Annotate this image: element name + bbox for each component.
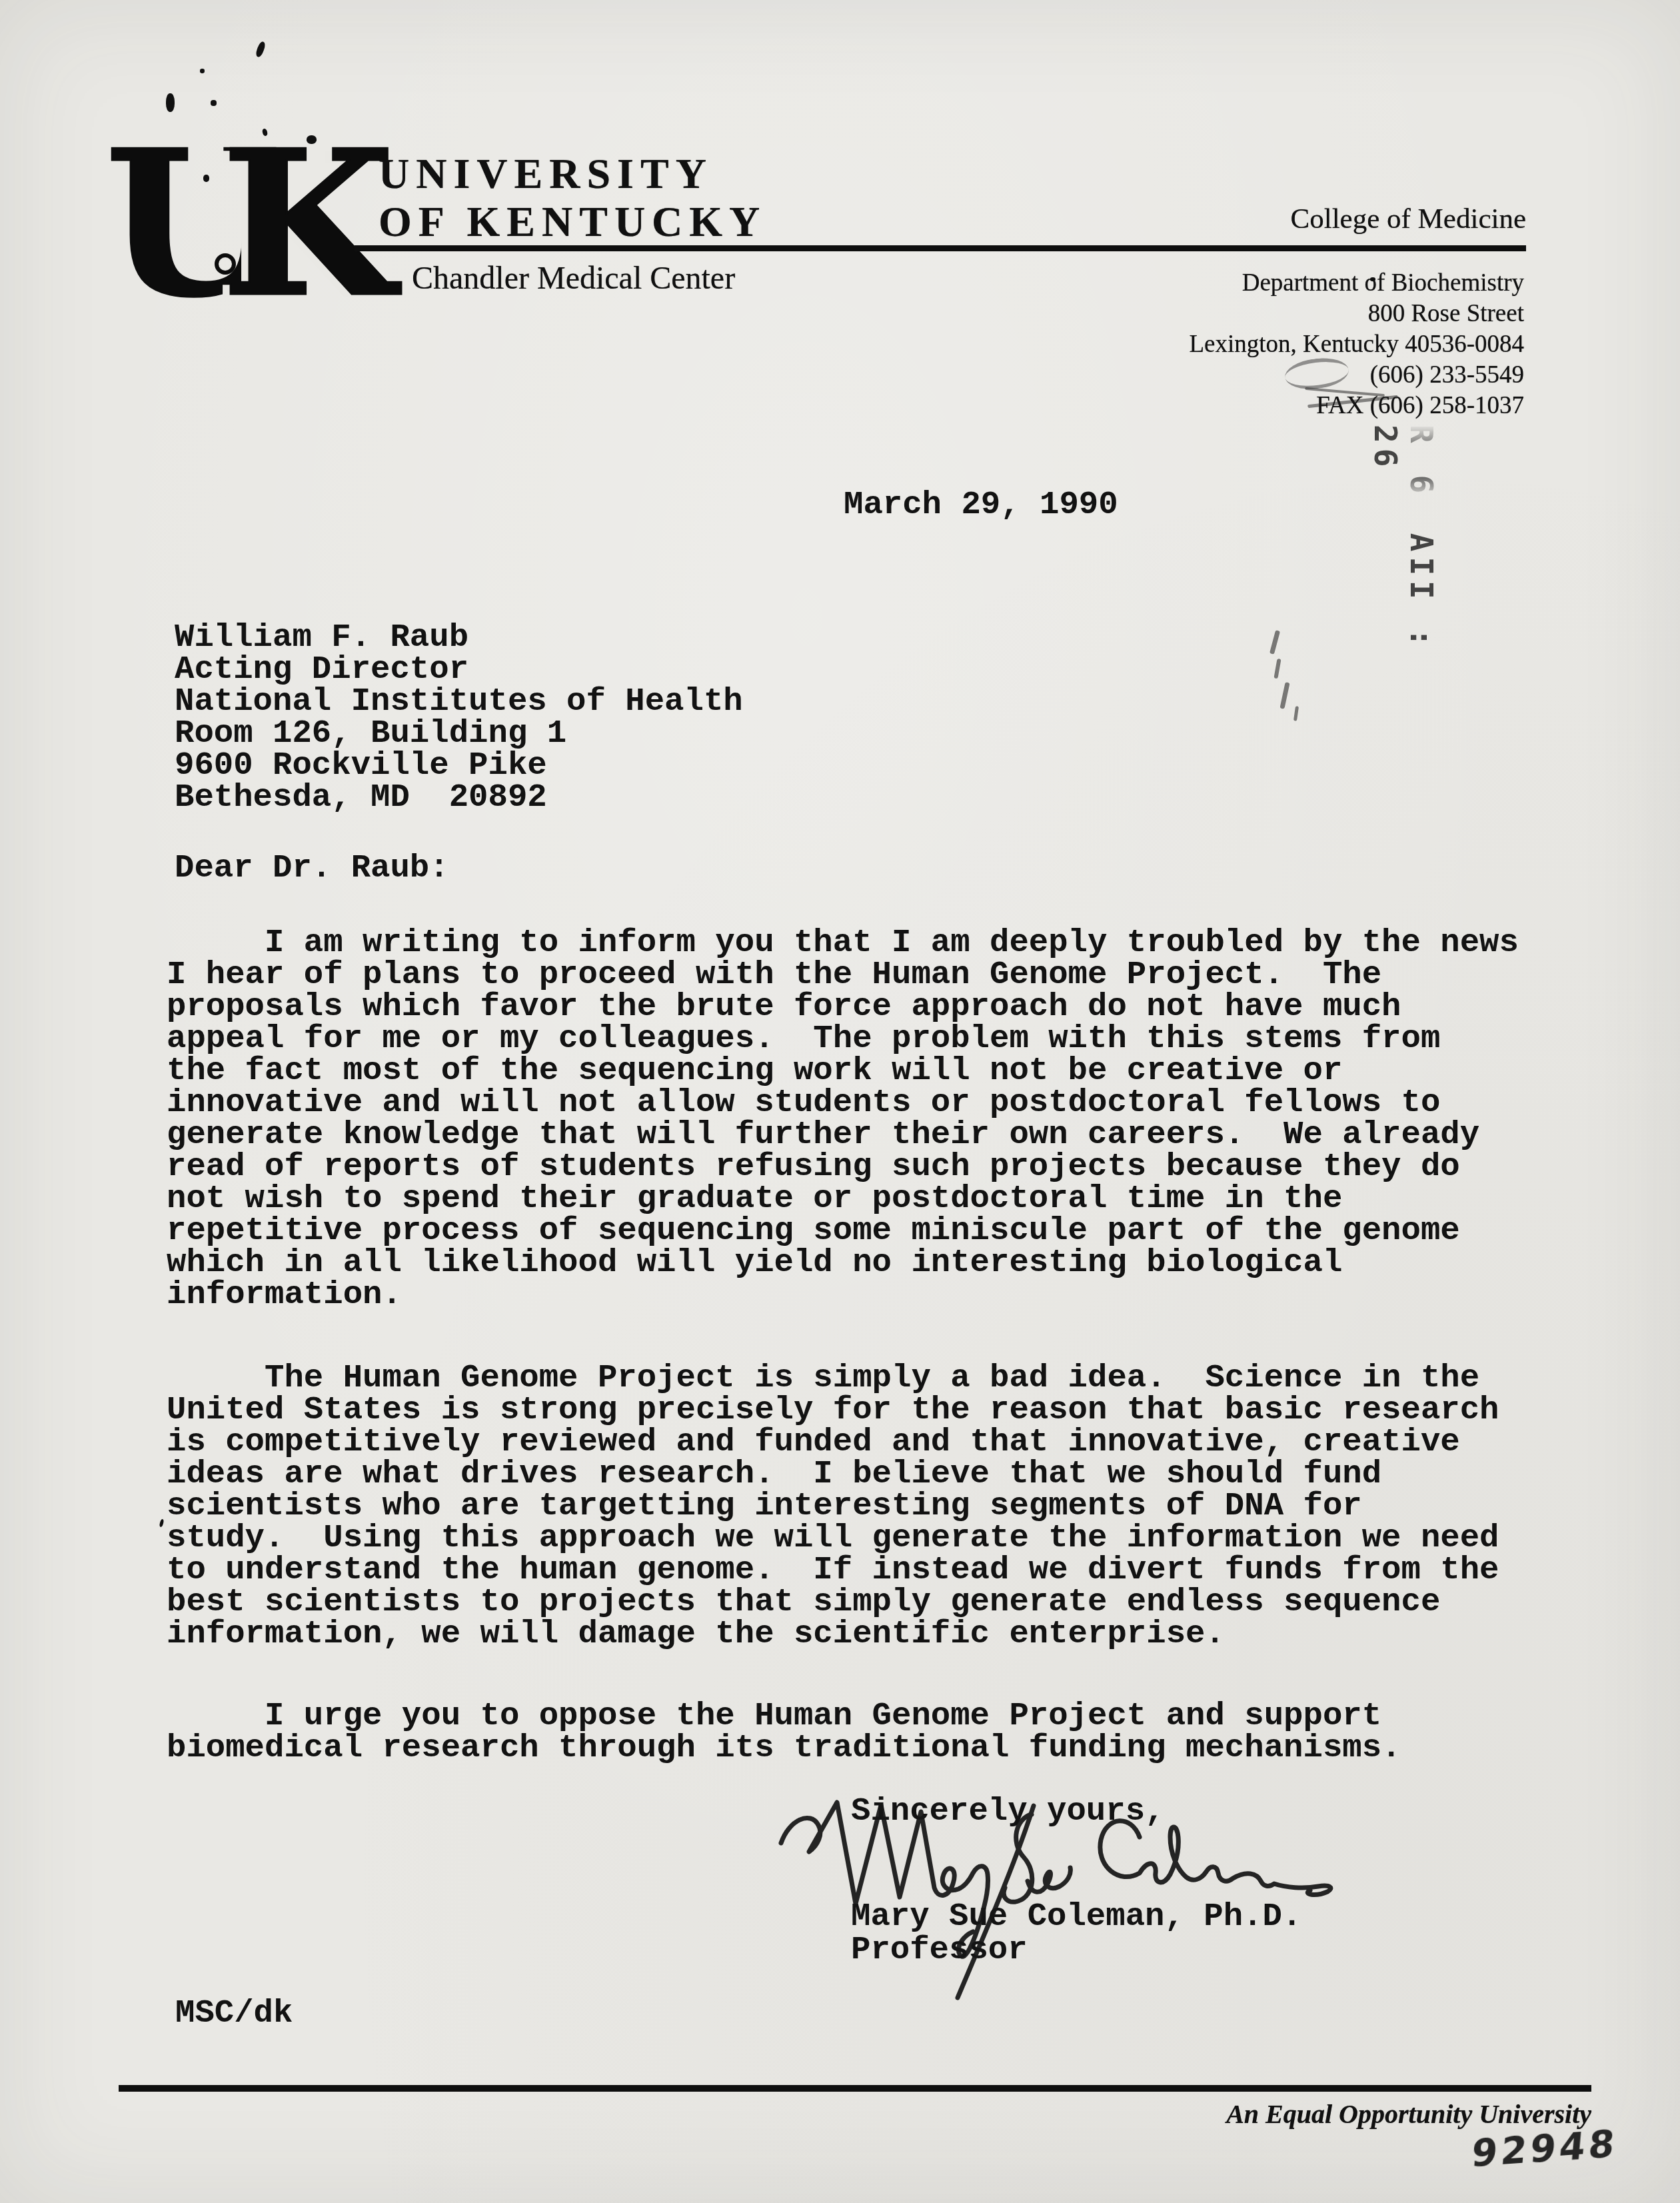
text-line: Lexington, Kentucky 40536-0084 (1190, 329, 1525, 360)
handwritten-number: 92948 (1469, 2122, 1619, 2176)
text-line: Room 126, Building 1 (175, 717, 743, 749)
signature-stroke-coleman (1100, 1821, 1331, 1895)
footer-rule (119, 2085, 1591, 2092)
text-line: the fact most of the sequencing work wil… (167, 1055, 1519, 1087)
equal-opportunity-line: An Equal Opportunity University (1226, 2098, 1591, 2130)
recipient-address-block: William F. RaubActing DirectorNational I… (175, 621, 743, 813)
text-line: scientists who are targetting interestin… (167, 1490, 1499, 1522)
stamp-smudge-marks (1273, 659, 1281, 679)
text-line: I hear of plans to proceed with the Huma… (167, 959, 1519, 991)
scanned-letter-page: U K UNIVERSITY OF KENTUCKY Chandler Medi… (0, 0, 1680, 2203)
text-line: The Human Genome Project is simply a bad… (167, 1362, 1499, 1394)
text-line: not wish to spend their graduate or post… (167, 1182, 1519, 1214)
text-line: is competitively reviewed and funded and… (167, 1426, 1499, 1458)
university-name-line2: OF KENTUCKY (379, 197, 766, 247)
university-name-line1: UNIVERSITY (379, 149, 713, 199)
body-paragraph-2: The Human Genome Project is simply a bad… (167, 1362, 1499, 1650)
text-line: ideas are what drives research. I believ… (167, 1458, 1499, 1490)
text-line: best scientists to projects that simply … (167, 1586, 1499, 1618)
text-line: proposals which favor the brute force ap… (167, 991, 1519, 1023)
text-line: (606) 233-5549 (1190, 360, 1525, 391)
text-line: I urge you to oppose the Human Genome Pr… (167, 1700, 1401, 1732)
handwritten-signature (766, 1773, 1366, 2026)
ink-speck (159, 1519, 165, 1528)
text-line: FAX (606) 258-1037 (1190, 391, 1525, 421)
text-line: I am writing to inform you that I am dee… (167, 927, 1519, 959)
date-line: March 29, 1990 (844, 489, 1118, 521)
stamp-smudge-marks (1293, 706, 1299, 721)
text-line: to understand the human genome. If inste… (167, 1554, 1499, 1586)
stamp-smudge-marks (1279, 682, 1289, 709)
salutation: Dear Dr. Raub: (175, 852, 449, 884)
division-name: Chandler Medical Center (412, 260, 735, 297)
text-line: which in all likelihood will yield no in… (167, 1246, 1519, 1278)
text-line: United States is strong precisely for th… (167, 1394, 1499, 1426)
ink-speck (200, 69, 205, 73)
text-line: innovative and will not allow students o… (167, 1087, 1519, 1118)
signature-stroke-mary (781, 1802, 988, 1956)
department-address-block: Department of Biochemistry800 Rose Stree… (1190, 268, 1525, 421)
body-paragraph-3: I urge you to oppose the Human Genome Pr… (167, 1700, 1401, 1764)
text-line: National Institutes of Health (175, 685, 743, 717)
text-line: Acting Director (175, 653, 743, 685)
text-line: biomedical research through its traditio… (167, 1732, 1401, 1764)
text-line: 9600 Rockville Pike (175, 749, 743, 781)
college-name: College of Medicine (1291, 203, 1526, 235)
text-line: generate knowledge that will further the… (167, 1118, 1519, 1150)
ink-speck (255, 41, 267, 58)
text-line: Department of Biochemistry (1190, 268, 1525, 299)
uk-logo-letter-k: K (221, 124, 395, 324)
text-line: 800 Rose Street (1190, 299, 1525, 329)
text-line: Bethesda, MD 20892 (175, 781, 743, 813)
received-date-stamp: R 6 AII : 26 (1366, 425, 1439, 711)
text-line: study. Using this approach we will gener… (167, 1522, 1499, 1554)
ink-speck (211, 100, 217, 106)
text-line: information. (167, 1278, 1519, 1310)
letterhead-rule (355, 245, 1526, 251)
stamp-fragment-top: R 6 (1403, 425, 1439, 500)
uk-logo-ring-icon (215, 253, 236, 275)
text-line: William F. Raub (175, 621, 743, 653)
text-line: information, we will damage the scientif… (167, 1618, 1499, 1650)
text-line: appeal for me or my colleagues. The prob… (167, 1023, 1519, 1055)
stamp-smudge-marks (1269, 630, 1280, 655)
text-line: repetitive process of sequencing some mi… (167, 1214, 1519, 1246)
body-paragraph-1: I am writing to inform you that I am dee… (167, 927, 1519, 1310)
text-line: read of reports of students refusing suc… (167, 1150, 1519, 1182)
typist-initials: MSC/dk (175, 1997, 293, 2029)
